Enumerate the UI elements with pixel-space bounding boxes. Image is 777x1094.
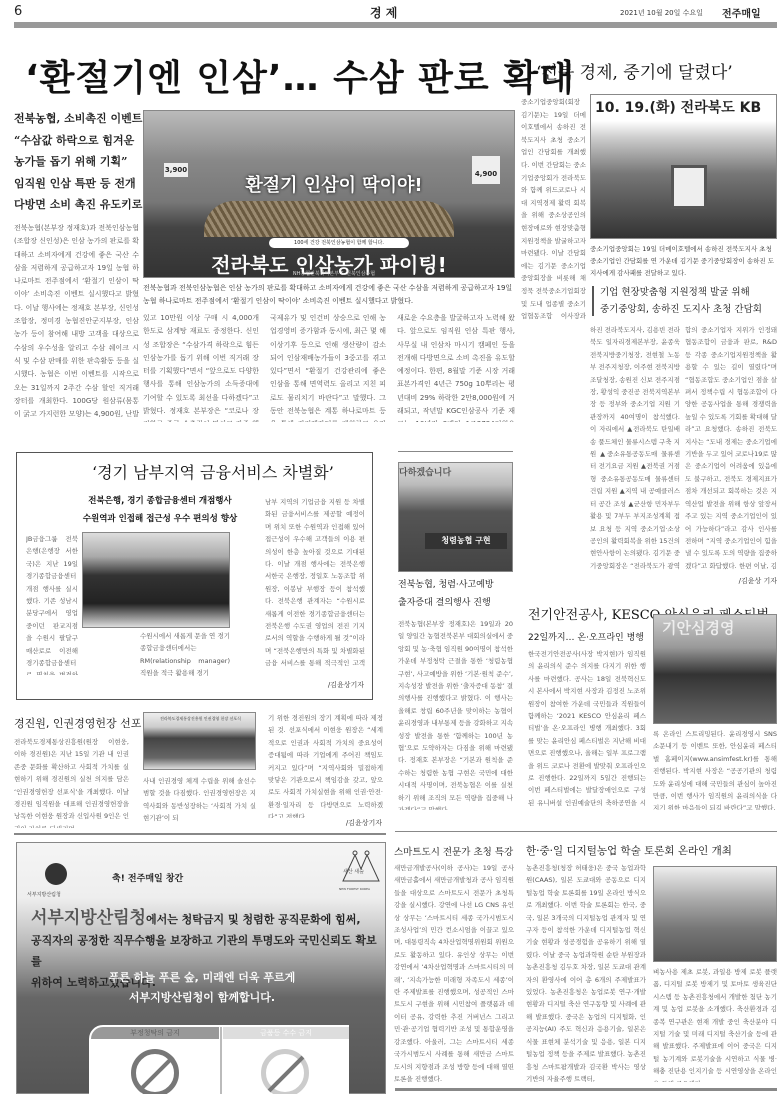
subhead: 기업 현장맞춤형 지원정책 발굴 위해 [600,284,762,301]
gyeongjin-col3: 기 위한 경진원의 장기 계획에 따라 제정된 것. 선포식에서 이현웅 원장은… [268,712,383,818]
panel-right-title: 금품등 수수 금지 [223,1027,349,1039]
kesco-col1: 한국전기안전공사(사장 박지현)가 임직원의 윤리의식 준수 의지를 다지기 위… [528,648,646,810]
right-col2: 합의 중소기업자 지위가 인정돼 협동조합이 금융과 판로, R&D 등 각종 … [685,324,777,572]
subhead: “수삼값 하락으로 힘겨운 [14,130,144,152]
ad-panel: 부정청탁의 금지 금품등 수수 금지 [89,1025,349,1094]
newspaper-brand: 전주매일 [722,5,761,20]
right-subheads: 기업 현장맞춤형 지원정책 발굴 위해 중기중앙회, 송하진 도지사 초청 간담… [600,284,762,318]
subhead: 수원역과 인접해 접근성 우수 편의성 향상 [65,510,255,528]
smart-headline: 스마트도시 전문가 초청 특강 [394,844,513,858]
main-col1: 전북농협(본부장 정재호)과 전북인삼농협(조합장 신인성)은 인삼 농가의 판… [14,222,139,422]
award-photo: 10. 19.(화) 전라북도 KB [590,94,777,239]
logo-right-sub: NEW FOREST KOREA [339,887,370,891]
subhead: 중기중앙회, 송하진 도지사 초청 간담회 [600,301,762,318]
section-title: 경 제 [370,4,397,21]
divider [395,1088,777,1091]
headline-line: 전북농협, 청렴·사고예방 [398,576,494,594]
ad-org-name: 서부지방산림청 [27,891,61,898]
kesco-subhead: 22일까지… 온·오프라인 병행 [528,630,644,643]
forest-service-ad: 서부지방산림청 축! 전주매일 창간 새산 새숲 NEW FOREST KORE… [16,842,386,1094]
bank-col1: JB금융그룹 전북은행(은행장 서한국)은 지난 19일 경기종합금융센터 개점… [26,533,78,675]
pledge-photo: 다하겠습니다 청렴농협 구현 [398,462,513,572]
slogan-line: 서부지방산림청이 함께합니다. [17,988,387,1008]
main-col2: 있고 10만원 이상 구매 시 4,000개 한도로 삼계탕 재료도 증정한다.… [143,312,259,422]
gyeongjin-col2: 사내 인권경영 체계 수립을 위해 솔선수범할 것을 다짐했다. 인권경영헌장은… [143,775,256,828]
slogan-line: 푸른 하늘 푸른 숲, 미래엔 더욱 푸르게 [17,968,387,988]
kesco-photo: 기안심경영 [653,614,777,724]
main-headline: ‘환절기엔 인삼’… 수삼 판로 확대 [25,50,575,101]
banner-bottom: NH농협전북지역본부 & 전북인삼농협 [244,270,424,277]
bank-ceremony-photo [82,532,230,628]
right-headline: ‘전북 경제, 중기에 달렸다’ [536,58,733,83]
main-photo-caption: 전북농협과 전북인삼농협은 인삼 농가의 판로를 확대하고 소비자에게 건강에 … [143,282,515,308]
digital-col1: 농촌진흥청(청장 허태웅)은 중국 농업과학원(CAAS), 일본 도쿄대와 공… [526,862,646,1082]
subhead-bar [592,286,594,316]
forum-photo [653,866,777,962]
photo-banner: 전라북도경제통상진흥원 인권경영 헌장 선포식 [148,716,253,722]
digital-col2: 벼농사용 제초 로봇, 과일용 방제 로봇 플랫폼, 디지털 로봇 방제기 및 … [653,966,777,1082]
gyeongjin-headline: 경진원, 인권경영헌장 선포 [14,715,141,731]
bank-headline: ‘경기 남부지역 금융서비스 차별화’ [92,460,334,483]
ad-line: 에서는 청탁금지 및 청렴한 공직문화에 힘써, [146,913,361,926]
headline-line: 출자증대 결의행사 진행 [398,594,494,612]
ad-slogan: 푸른 하늘 푸른 숲, 미래엔 더욱 푸르게 서부지방산림청이 함께합니다. [17,968,387,1008]
right-intro: 중소기업중앙회(회장 김기문)는 19일 더메이호텔에서 송하진 전북도지사 초… [521,96,586,322]
subhead: 농가들 돕기 위해 기획” [14,151,144,173]
right-byline: /김윤상 기자 [700,576,777,586]
photo-banner: 기안심경영 [662,617,734,638]
logo-right-text: 새산 새숲 [343,868,364,875]
panel-divider [220,1027,222,1094]
page-number: 6 [14,4,22,19]
banner-top: 100세 건강 전북인삼농협이 함께 합니다. [269,238,409,248]
ginseng-event-photo: 환절기 인삼이 딱이야! 3,900 4,900 100세 건강 전북인삼농협이… [143,110,515,278]
main-col4: 새로운 수요층을 발굴하고자 노력해 왔다. 앞으로도 임직원 인삼 특판 행사… [397,312,515,422]
subhead: 다방면 소비 촉진 유도키로 [14,194,144,216]
photo-banner-text: 10. 19.(화) 전라북도 KB [595,97,761,117]
subhead: 전북은행, 경기 종합금융센터 개점행사 [65,492,255,510]
ad-greeting: 축! 전주매일 창간 [112,871,183,884]
taegeuk-logo-icon [45,863,67,885]
digital-headline: 한·중·일 디지털농업 학술 토론회 온라인 개최 [526,843,732,858]
gyeongjin-photo: 전라북도경제통상진흥원 인권경영 헌장 선포식 [143,712,256,770]
price-tag-left: 3,900 [164,163,188,177]
photo-sign: 환절기 인삼이 딱이야! [204,171,464,193]
bank-byline: /김윤상기자 [300,680,364,690]
panel-left-title: 부정청탁의 금지 [91,1027,219,1039]
nh-body: 전북농협(본부장 정재호)은 19일과 20일 양일간 농협전북본부 대회의실에… [398,618,513,810]
subhead: 임직원 인삼 특판 등 전개 [14,173,144,195]
divider [14,833,386,835]
plaque [671,165,707,209]
pledge-sign: 청렴농협 구현 [425,533,507,549]
nh-headline: 전북농협, 청렴·사고예방 출자증대 결의행사 진행 [398,576,494,612]
gyeongjin-byline: /김윤상기자 [300,818,382,828]
issue-date: 2021년 10월 20일 수요일 [620,8,703,18]
price-tag-right: 4,900 [472,156,500,184]
divider [398,451,513,452]
right-photo-caption: 중소기업중앙회는 19일 더메이호텔에서 송하진 전북도지사 초청 중소기업인 … [590,243,777,279]
divider [395,831,777,832]
main-col3: 국제유가 및 인건비 상승으로 인해 농업경영비 증가함과 동시에, 최근 몇 … [270,312,386,422]
no-handshake-icon [131,1049,179,1094]
ad-org-big: 서부지방산림청 [31,908,146,928]
no-money-icon [261,1049,309,1094]
bank-col2: 수원시에서 새롭게 문을 연 경기종합금융센터에서는 RM(relationsh… [140,630,230,676]
smart-body: 새만금개발공사(이하 공사)는 19일 공사 새만금홀에서 새만금개발청과 공사… [394,862,514,1082]
ginseng-pile [204,201,454,237]
main-subheads: 전북농협, 소비촉진 이벤트 “수삼값 하락으로 힘겨운 농가들 돕기 위해 기… [14,108,144,216]
right-col1: 하진 전라북도지사, 김용빈 전라북도 일자리경제본부장, 윤종욱 전북지방중기… [590,324,680,572]
bank-col3: 남부 지역의 기업금융 지원 등 차별화된 금융서비스를 제공할 예정이며 위치… [265,496,365,672]
subhead: 전북농협, 소비촉진 이벤트 [14,108,144,130]
kesco-col2: 록 온라인 스트리밍된다. 윤리경영시 SNS 소문내기 등 이벤트 또한, 안… [653,728,777,810]
bank-subheads: 전북은행, 경기 종합금융센터 개점행사 수원역과 인접해 접근성 우수 편의성… [65,492,255,528]
ad-line: 공직자의 공정한 직무수행을 보장하고 기관의 투명도와 국민신뢰도 확보를 [31,930,381,972]
header-rule [14,22,777,28]
gyeongjin-col1: 전라북도경제통상진흥원(원장 이현웅, 이하 경진원)은 지난 15일 기관 내… [14,736,129,828]
photo-banner: 다하겠습니다 [399,465,451,478]
